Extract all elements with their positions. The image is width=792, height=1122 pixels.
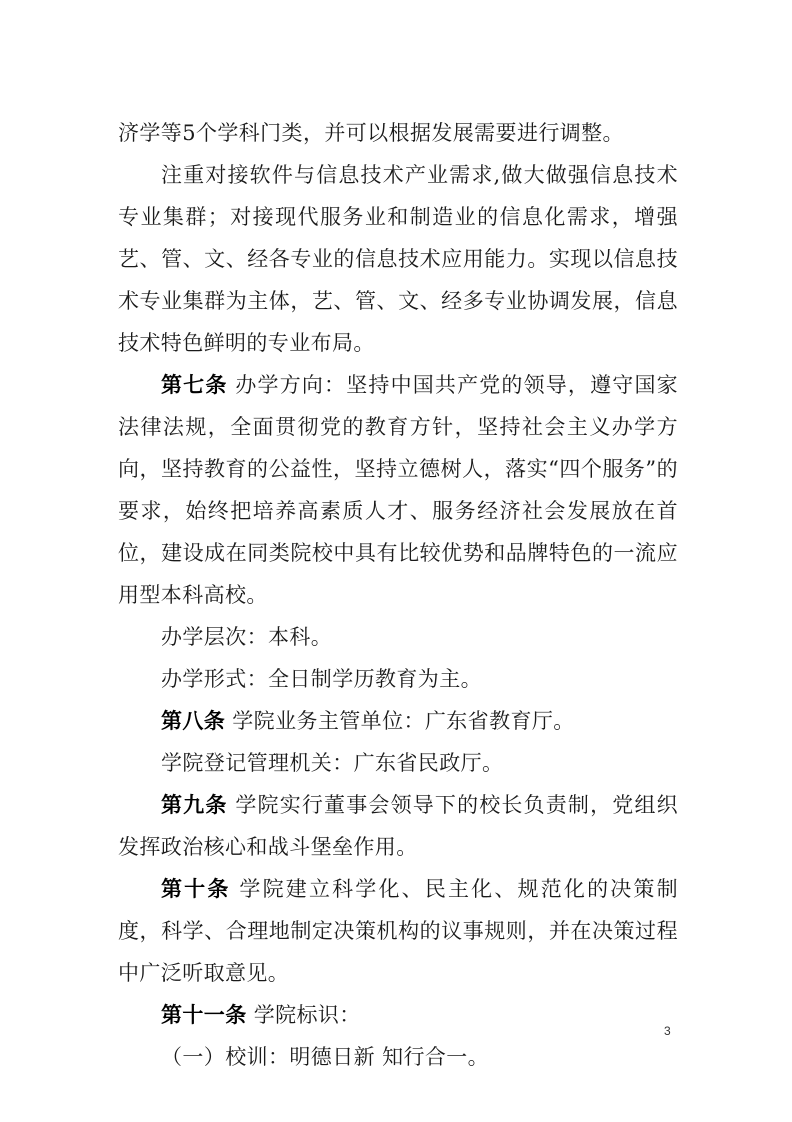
paragraph-registration-authority: 学院登记管理机关：广东省民政厅。 xyxy=(118,742,678,784)
paragraph-discipline-continuation: 济学等5个学科门类，并可以根据发展需要进行调整。 xyxy=(118,112,678,154)
page-body: 济学等5个学科门类，并可以根据发展需要进行调整。 注重对接软件与信息技术产业需求… xyxy=(118,112,678,1078)
article-heading: 第七条 xyxy=(161,372,228,397)
paragraph-school-motto: （一）校训：明德日新 知行合一。 xyxy=(118,1036,678,1078)
article-heading: 第十一条 xyxy=(161,1002,247,1027)
paragraph-specialty-layout: 注重对接软件与信息技术产业需求,做大做强信息技术专业集群；对接现代服务业和制造业… xyxy=(118,154,678,364)
paragraph-text: 办学形式：全日制学历教育为主。 xyxy=(161,667,482,691)
article-10: 第十条 学院建立科学化、民主化、规范化的决策制度，科学、合理地制定决策机构的议事… xyxy=(118,868,678,994)
article-heading: 第八条 xyxy=(161,708,225,733)
paragraph-education-level: 办学层次：本科。 xyxy=(118,616,678,658)
article-11: 第十一条 学院标识： xyxy=(118,994,678,1036)
article-text: 学院标识： xyxy=(254,1003,361,1027)
article-7: 第七条 办学方向：坚持中国共产党的领导，遵守国家法律法规，全面贯彻党的教育方针，… xyxy=(118,364,678,616)
paragraph-text: 注重对接软件与信息技术产业需求,做大做强信息技术专业集群；对接现代服务业和制造业… xyxy=(118,163,678,355)
paragraph-text: 学院登记管理机关：广东省民政厅。 xyxy=(161,751,503,775)
article-text: 办学方向：坚持中国共产党的领导，遵守国家法律法规，全面贯彻党的教育方针，坚持社会… xyxy=(118,373,678,607)
article-heading: 第九条 xyxy=(161,792,228,817)
article-heading: 第十条 xyxy=(161,876,231,901)
page-number: 3 xyxy=(664,1024,671,1038)
article-8: 第八条 学院业务主管单位：广东省教育厅。 xyxy=(118,700,678,742)
paragraph-education-form: 办学形式：全日制学历教育为主。 xyxy=(118,658,678,700)
article-text: 学院业务主管单位：广东省教育厅。 xyxy=(232,709,574,733)
paragraph-text: （一）校训：明德日新 知行合一。 xyxy=(161,1045,489,1069)
paragraph-text: 办学层次：本科。 xyxy=(161,625,332,649)
document-page: 济学等5个学科门类，并可以根据发展需要进行调整。 注重对接软件与信息技术产业需求… xyxy=(0,0,792,1122)
paragraph-text: 济学等5个学科门类，并可以根据发展需要进行调整。 xyxy=(118,121,624,145)
article-9: 第九条 学院实行董事会领导下的校长负责制，党组织发挥政治核心和战斗堡垒作用。 xyxy=(118,784,678,868)
